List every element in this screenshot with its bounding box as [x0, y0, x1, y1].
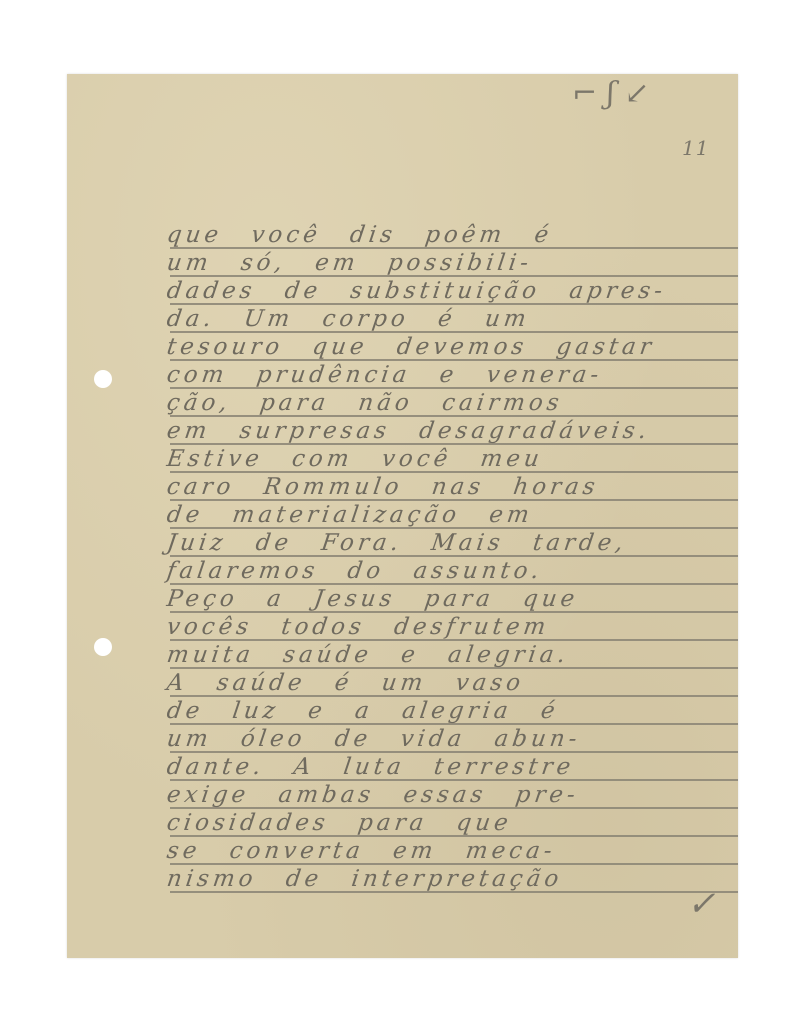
text-line: de luz e a alegria é	[165, 697, 729, 725]
punch-hole-bottom	[94, 638, 112, 656]
text-line: ciosidades para que	[165, 809, 729, 837]
text-line: dades de substituição apres-	[165, 277, 729, 305]
letter-page: ⌐ ʃ ↙ 11 que você dis poêm éum só, em po…	[67, 74, 738, 958]
text-line: da. Um corpo é um	[165, 305, 729, 333]
text-line: em surpresas desagradáveis.	[165, 417, 729, 445]
text-line: falaremos do assunto.	[165, 557, 729, 585]
text-line: Juiz de Fora. Mais tarde,	[165, 529, 729, 557]
text-line: exige ambas essas pre-	[165, 781, 729, 809]
text-line: um óleo de vida abun-	[165, 725, 729, 753]
checkmark-icon: ✓	[687, 884, 716, 924]
text-line: ção, para não cairmos	[165, 389, 729, 417]
text-line: que você dis poêm é	[165, 221, 729, 249]
text-line: um só, em possibili-	[165, 249, 729, 277]
text-line: se converta em meca-	[165, 837, 729, 865]
text-line: Peço a Jesus para que	[165, 585, 729, 613]
text-line: tesouro que devemos gastar	[165, 333, 729, 361]
text-line: vocês todos desfrutem	[165, 613, 729, 641]
text-line: Estive com você meu	[165, 445, 729, 473]
text-line: nismo de interpretação	[165, 865, 729, 893]
text-line: A saúde é um vaso	[165, 669, 729, 697]
text-line: dante. A luta terrestre	[165, 753, 729, 781]
text-line: muita saúde e alegria.	[165, 641, 729, 669]
text-line: com prudência e venera-	[165, 361, 729, 389]
text-line: caro Rommulo nas horas	[165, 473, 729, 501]
punch-hole-top	[94, 370, 112, 388]
text-line: de materialização em	[165, 501, 729, 529]
